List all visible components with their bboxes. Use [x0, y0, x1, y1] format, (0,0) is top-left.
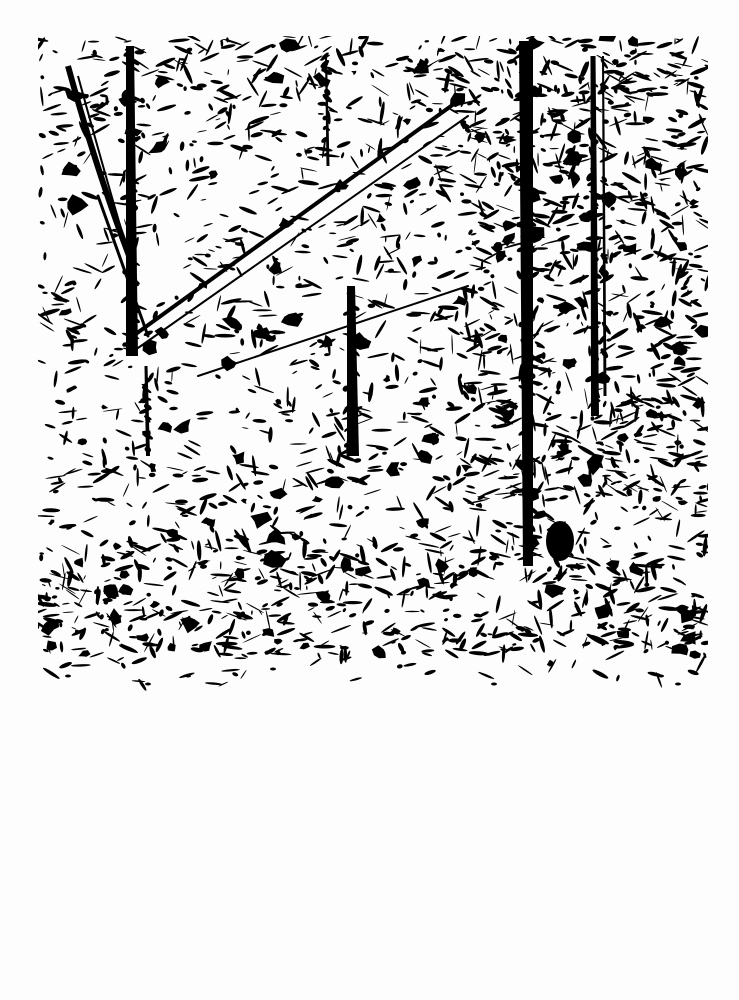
forest-ink-artwork: [38, 36, 708, 696]
ground-debris-layer: [65, 668, 681, 697]
paper-page: Forest ink print: [0, 0, 739, 1000]
forest-illustration: [38, 36, 708, 696]
trunks-layer: [119, 39, 610, 566]
artwork-title: Forest ink print: [0, 0, 1, 1]
foliage-layer: [38, 36, 708, 692]
